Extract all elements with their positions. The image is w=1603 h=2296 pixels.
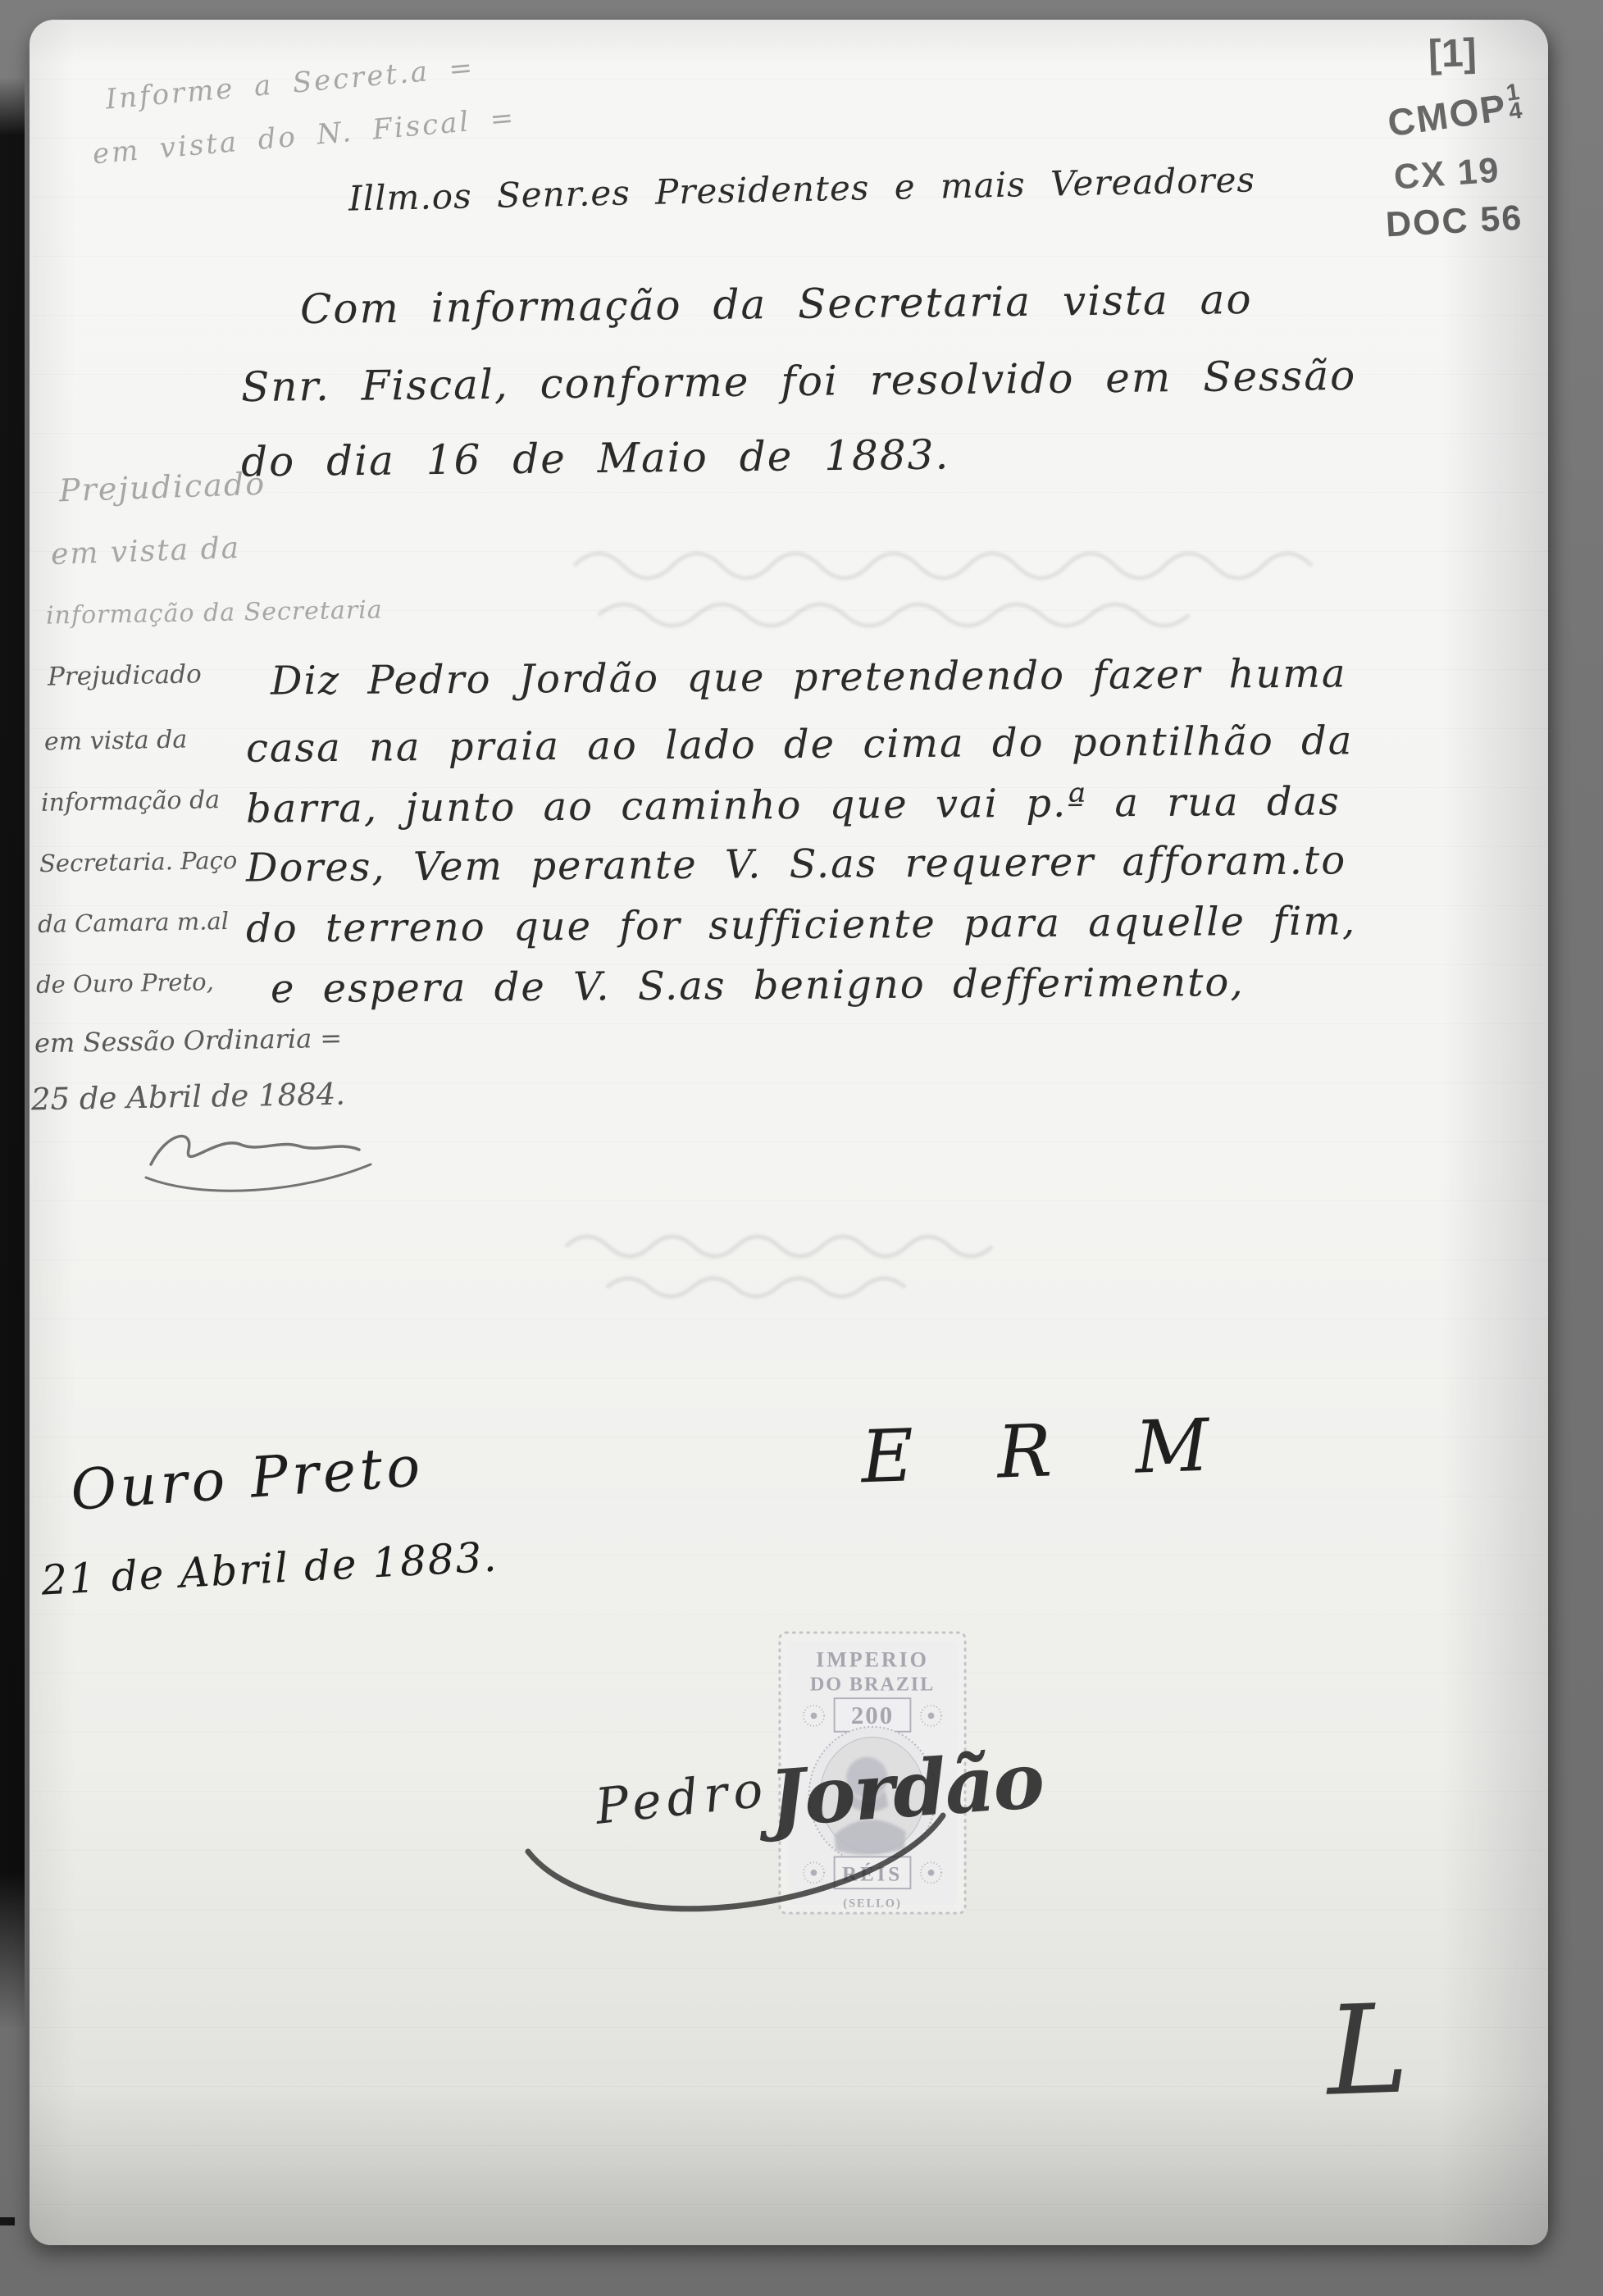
erm-abbreviation: E R M [859,1403,1210,1500]
stamp-country-line1: IMPERIO [816,1647,929,1671]
petition-line2: casa na praia ao lado de cima do pontilh… [246,717,1354,771]
stamp-country-line2: DO BRAZIL [810,1673,935,1695]
secretariat-note-line1: Com informação da Secretaria vista ao [300,276,1253,333]
archival-box-number: CX 19 [1392,151,1501,198]
despacho-line4: Secretaria. Paço [39,846,238,877]
despacho-line7: em Sessão Ordinaria = [34,1023,343,1059]
despacho-line6: de Ouro Preto, [36,968,214,999]
clerk-flourish-mark: L [1324,1978,1411,2123]
petition-line5: do terreno que for sufficiente para aque… [246,898,1356,951]
despacho-line3: informação da [41,786,221,818]
pencil-margin-line3: informação da Secretaria [46,595,383,630]
pencil-margin-line2: em vista da [50,531,240,572]
petition-line6: e espera de V. S.as benigno defferimento… [271,959,1245,1012]
bleed-through-ghost-text [558,1205,1296,1304]
archival-doc-number: DOC 56 [1385,198,1524,246]
document-scan: Informe a Secret.a = em vista do N. Fisc… [0,0,1603,2296]
signature-last-name: Jordão [767,1735,1046,1844]
despacho-line8: 25 de Abril de 1884. [31,1077,346,1118]
secretariat-note-line3: do dia 16 de Maio de 1883. [241,430,950,485]
councillor-rubric-signature [139,1117,377,1195]
bleed-through-ghost-text [566,517,1533,631]
scanner-edge-mark [0,2217,15,2225]
petition-line4: Dores, Vem perante V. S.as requerer affo… [246,837,1346,891]
scanner-edge-strip [0,77,25,2029]
petition-line1: Diz Pedro Jordão que pretendendo fazer h… [271,650,1347,704]
pencil-margin-line1: Prejudicado [58,466,266,509]
petition-line3: barra, junto ao caminho que vai p.ª a ru… [246,778,1341,831]
despacho-line1: Prejudicado [48,659,202,691]
stamp-value: 200 [851,1701,894,1729]
despacho-line2: em vista da [44,725,188,756]
archival-fund-denominator: 4 [1508,101,1525,121]
archival-page-number: [1] [1428,30,1478,77]
despacho-line5: da Camara m.al [38,907,230,938]
